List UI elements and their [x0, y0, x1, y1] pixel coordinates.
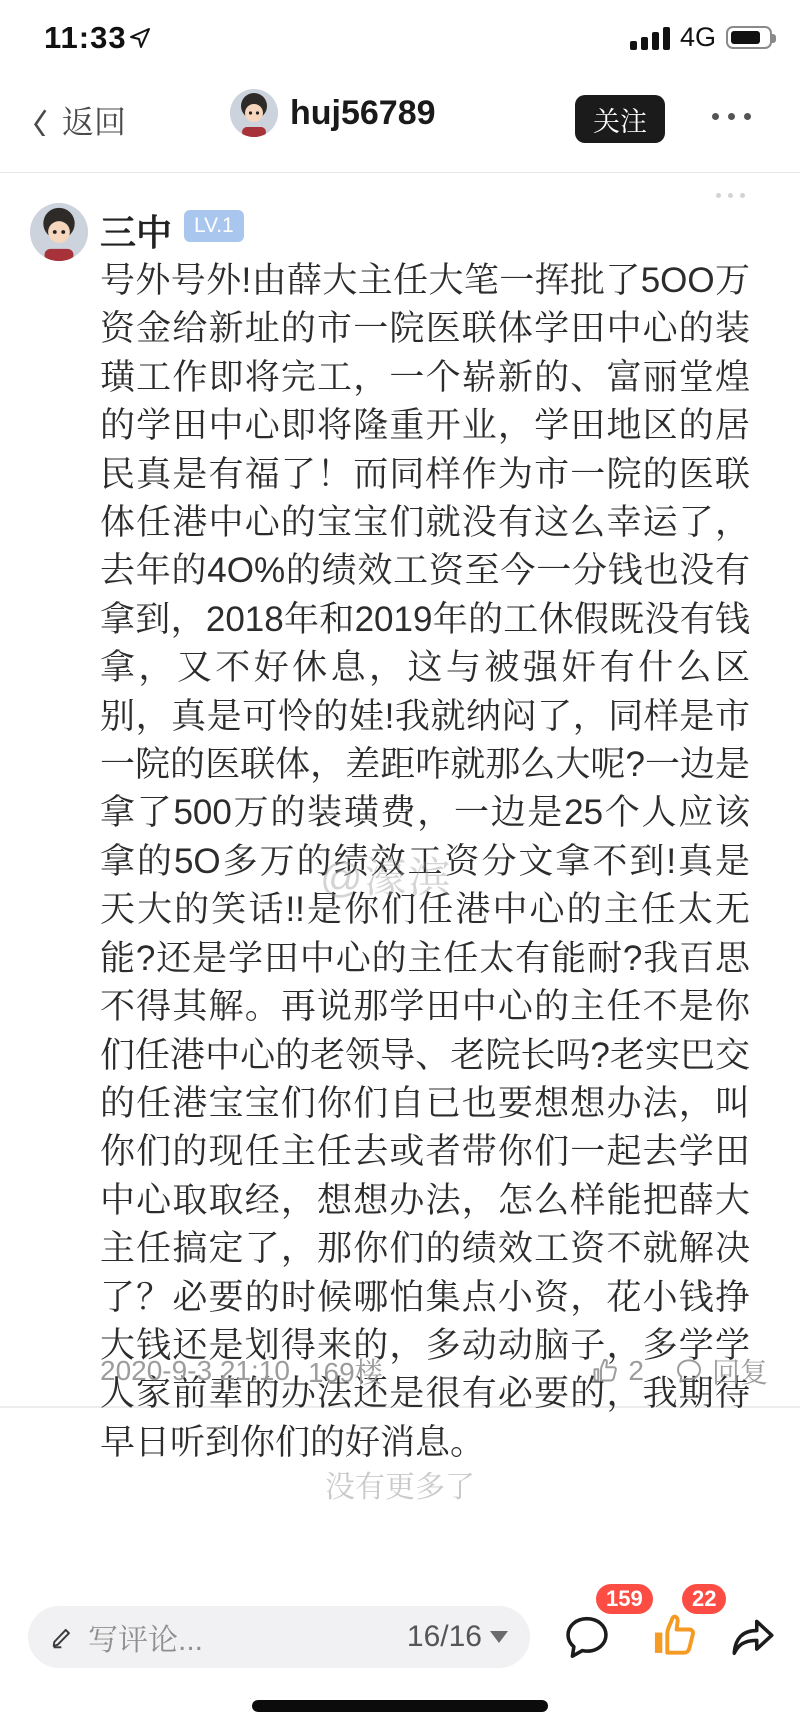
- post-reply-button[interactable]: 回复: [674, 1351, 768, 1391]
- no-more-label: 没有更多了: [0, 1462, 800, 1506]
- level-badge: LV.1: [184, 210, 244, 242]
- author-name[interactable]: 三中: [100, 205, 172, 256]
- follow-button[interactable]: 关注: [575, 95, 665, 143]
- nav-bar: 返回 huj56789 关注: [0, 85, 800, 157]
- profile-username: huj56789: [290, 94, 436, 133]
- profile-avatar: [230, 89, 278, 137]
- post-footer: 2020-9-3 21:10 169楼 2 回复: [100, 1351, 768, 1391]
- thumb-up-icon: [590, 1356, 620, 1386]
- profile-header[interactable]: huj56789: [230, 89, 436, 137]
- network-type-label: 4G: [680, 22, 716, 53]
- reply-bubble-icon: [674, 1356, 704, 1386]
- back-label: 返回: [62, 97, 126, 143]
- page-indicator: 16/16: [407, 1620, 482, 1654]
- post-timestamp: 2020-9-3 21:10: [100, 1355, 290, 1387]
- bottom-bar: 写评论... 16/16 159 22: [0, 1580, 800, 1700]
- post-card: 三中 LV.1 号外号外!由薛大主任大笔一挥批了5OO万资金给新址的市一院医联体…: [0, 173, 800, 1408]
- screen: 11:33 4G 返回 huj56789 关注: [0, 0, 800, 1731]
- post-reply-label: 回复: [712, 1351, 768, 1391]
- nav-more-button[interactable]: [712, 113, 751, 120]
- status-bar: 11:33 4G: [0, 0, 800, 70]
- like-count-badge: 22: [682, 1584, 726, 1614]
- back-button[interactable]: 返回: [28, 97, 126, 143]
- pencil-icon: [50, 1624, 76, 1650]
- location-arrow-icon: [128, 26, 152, 50]
- post-like-count: 2: [628, 1355, 644, 1387]
- comments-button[interactable]: [562, 1612, 612, 1662]
- post-body-text: 号外号外!由薛大主任大笔一挥批了5OO万资金给新址的市一院医联体学田中心的装璜工…: [100, 257, 750, 1467]
- comment-input[interactable]: 写评论... 16/16: [28, 1606, 530, 1668]
- post-more-button[interactable]: [716, 193, 745, 198]
- battery-icon: [726, 26, 772, 49]
- cellular-signal-icon: [630, 26, 670, 50]
- page-selector[interactable]: 16/16: [407, 1620, 508, 1654]
- author-avatar[interactable]: [30, 203, 88, 261]
- comments-count-badge: 159: [596, 1584, 653, 1614]
- chevron-left-icon: [28, 104, 54, 136]
- clock: 11:33: [44, 20, 127, 56]
- share-button[interactable]: [728, 1612, 778, 1662]
- post-like-button[interactable]: 2: [590, 1355, 644, 1387]
- caret-down-icon: [490, 1631, 508, 1643]
- home-indicator: [252, 1700, 548, 1712]
- like-button[interactable]: [648, 1610, 700, 1662]
- comment-placeholder: 写评论...: [88, 1615, 203, 1659]
- post-floor-label: 169楼: [308, 1351, 383, 1391]
